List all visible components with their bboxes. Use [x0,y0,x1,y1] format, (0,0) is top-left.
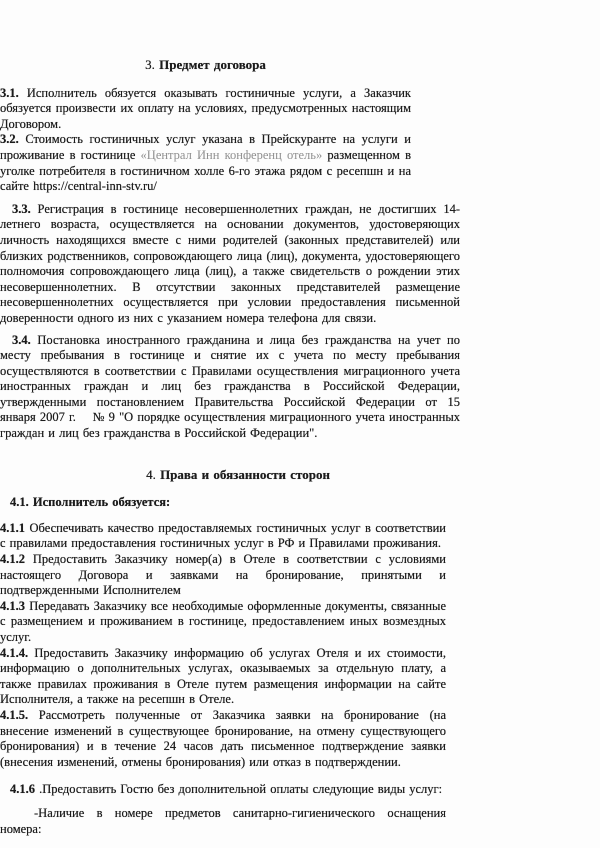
clause-3-4: 3.4. Постановка иностранного гражданина … [0,333,460,442]
text-run: Предоставить Заказчику информацию об усл… [0,646,446,707]
clause-4-1-1: 4.1.1 Обеспечивать качество предоставляе… [0,521,446,552]
text-run: Рассмотреть полученные от Заказчика заяв… [0,708,446,769]
clause-number: 3.3. [12,202,31,216]
text-run: Предоставить Заказчику номер(а) в Отеле … [0,552,446,597]
clause-4-1-4: 4.1.4. Предоставить Заказчику информацию… [0,646,446,708]
document-body: 3. Предмет договора3.1. Исполнитель обяз… [0,57,600,837]
clause-number: 4.1. Исполнитель обязуется: [10,495,170,509]
clause-4-1-3: 4.1.3 Передавать Заказчику все необходим… [0,599,446,646]
text-run: -Наличие в номере предметов санитарно-ги… [0,806,446,836]
text-run: Исполнитель обязуется оказывать гостинич… [0,86,411,131]
clause-number: 4.1.5. [0,708,28,722]
text-run: Постановка иностранного гражданина и лиц… [0,333,460,441]
text-run: .Предоставить Гостю без дополнительной о… [35,782,442,796]
text-run: Регистрация в гостинице несовершеннолетн… [0,202,460,325]
hotel-name: «Централ Инн конференц отель» [141,148,323,162]
section-4-heading: 4. Права и обязанности сторон [0,467,446,483]
clause-number: 4.1.4. [0,646,28,660]
clause-number: 3.1. [0,86,19,100]
section-3-heading: 3. Предмет договора [0,57,411,73]
clause-3-2: 3.2. Стоимость гостиничных услуг указана… [0,132,411,194]
text-run: Передавать Заказчику все необходимые офо… [0,599,446,644]
document-page: 3. Предмет договора3.1. Исполнитель обяз… [0,0,600,848]
clause-4-1-2: 4.1.2 Предоставить Заказчику номер(а) в … [0,552,446,599]
clause-number: 3.4. [12,333,31,347]
text-run: Обеспечивать качество предоставляемых го… [0,521,446,551]
clause-4-1-6: 4.1.6 .Предоставить Гостю без дополнител… [0,782,446,798]
clause-3-3: 3.3. Регистрация в гостинице несовершенн… [0,202,460,327]
text-run: 4. [146,467,160,482]
clause-4-1-5: 4.1.5. Рассмотреть полученные от Заказчи… [0,708,446,770]
clause-number: Права и обязанности сторон [160,467,330,482]
text-run: 3. [145,57,159,72]
clause-number: 3.2. [0,132,19,146]
clause-number: 4.1.3 [0,599,25,613]
clause-number: 4.1.1 [0,521,25,535]
clause-number: 4.1.2 [0,552,25,566]
clause-number: 4.1.6 [10,782,35,796]
list-item-sanitary: -Наличие в номере предметов санитарно-ги… [0,806,446,837]
clause-number: Предмет договора [159,57,266,72]
website-url: https://central-inn-stv.ru/ [33,179,157,193]
clause-3-1: 3.1. Исполнитель обязуется оказывать гос… [0,86,411,133]
clause-4-1: 4.1. Исполнитель обязуется: [0,495,446,511]
